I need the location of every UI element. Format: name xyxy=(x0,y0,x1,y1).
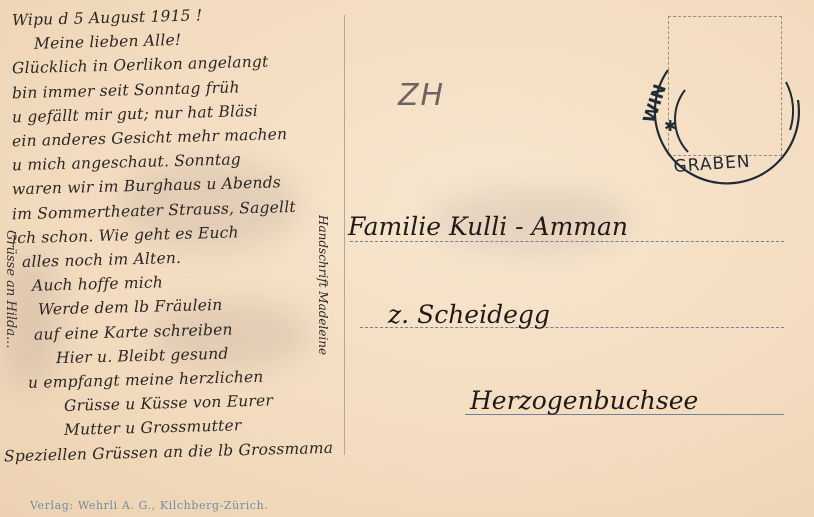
margin-note-right: Handschrift Madeleine xyxy=(316,215,330,355)
address-recipient: Familie Kulli - Amman xyxy=(348,212,628,241)
postcard: Wipu d 5 August 1915 ! Meine lieben Alle… xyxy=(0,0,814,517)
publisher-imprint: Verlag: Wehrli A. G., Kilchberg-Zürich. xyxy=(30,499,268,512)
postmark-bottom-text: GRABEN xyxy=(673,152,751,177)
address-street: z. Scheidegg xyxy=(388,300,550,329)
svg-text:✱: ✱ xyxy=(664,117,677,135)
address-town: Herzogenbuchsee xyxy=(470,386,698,415)
postmark-icon: WIN ✱ GRABEN xyxy=(640,40,804,188)
card-divider xyxy=(344,15,345,455)
margin-note-left: Grüsse an Hilda... xyxy=(3,230,18,349)
address-line-1-rule xyxy=(350,241,784,242)
handwritten-message: Wipu d 5 August 1915 ! Meine lieben Alle… xyxy=(12,4,342,464)
pencil-note: ZH xyxy=(398,78,445,113)
